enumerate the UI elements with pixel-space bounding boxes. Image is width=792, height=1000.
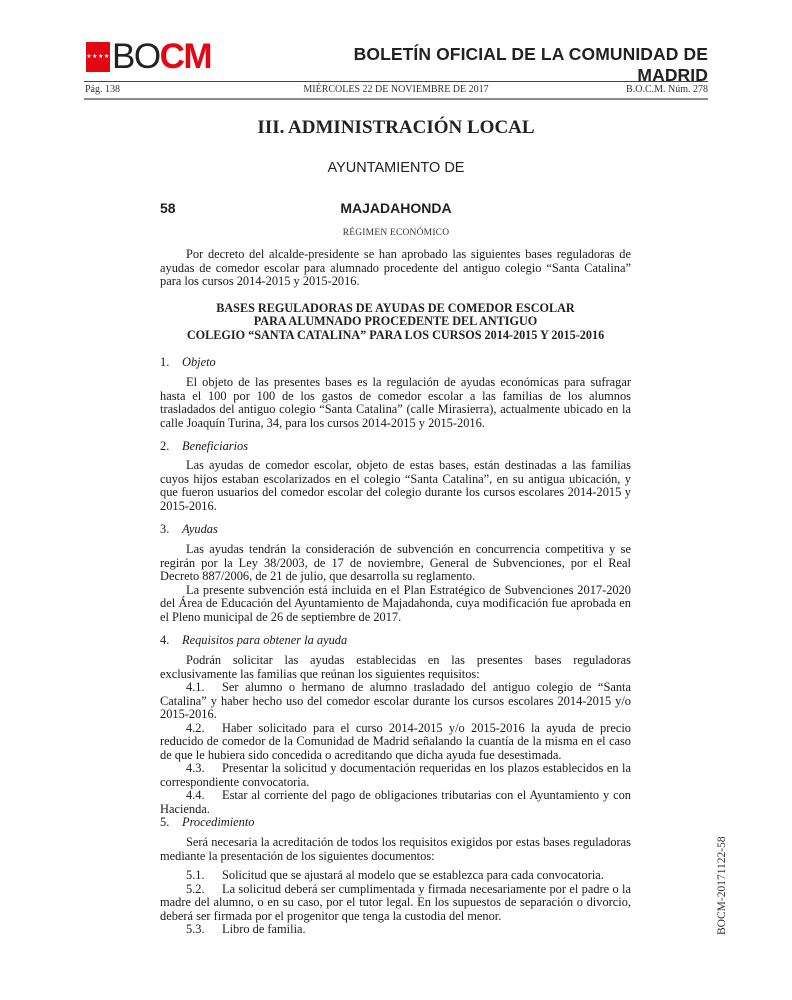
section-3-body: Las ayudas tendrán la consideración de s… <box>160 543 631 624</box>
section-1-body: El objeto de las presentes bases es la r… <box>160 376 631 430</box>
header-rule-bottom <box>84 98 708 100</box>
issue-number: B.O.C.M. Núm. 278 <box>626 84 708 95</box>
logo-text-bo: BO <box>112 37 160 76</box>
madrid-flag-icon: ★★★★ <box>86 42 110 72</box>
bulletin-title: BOLETÍN OFICIAL DE LA COMUNIDAD DE MADRI… <box>300 44 708 86</box>
section-heading-2: 2.Beneficiarios <box>160 439 248 454</box>
requirement-item: 4.4.Estar al corriente del pago de oblig… <box>160 789 631 816</box>
document-side-identifier: BOCM-20171122-58 <box>716 825 728 935</box>
requirement-item: 4.3.Presentar la solicitud y documentaci… <box>160 762 631 789</box>
section-heading-5: 5.Procedimiento <box>160 815 255 830</box>
intro-paragraph-block: Por decreto del alcalde-presidente se ha… <box>160 248 631 289</box>
document-item: 5.1.Solicitud que se ajustará al modelo … <box>160 869 631 883</box>
header-rule-top <box>84 81 708 82</box>
entity-prefix: AYUNTAMIENTO DE <box>0 160 792 176</box>
bocm-logo: ★★★★ BOCM <box>86 42 211 72</box>
municipality-name: MAJADAHONDA <box>0 200 792 216</box>
intro-paragraph: Por decreto del alcalde-presidente se ha… <box>160 248 631 289</box>
document-page: ★★★★ BOCM BOLETÍN OFICIAL DE LA COMUNIDA… <box>0 0 792 1000</box>
section-heading-3: 3.Ayudas <box>160 522 218 537</box>
requirement-item: 4.1.Ser alumno o hermano de alumno trasl… <box>160 681 631 722</box>
document-item: 5.3.Libro de familia. <box>160 923 631 937</box>
section-5-body: Será necesaria la acreditación de todos … <box>160 836 631 937</box>
section-heading-4: 4.Requisitos para obtener la ayuda <box>160 633 347 648</box>
subject-heading: RÉGIMEN ECONÓMICO <box>0 228 792 238</box>
requirement-item: 4.2.Haber solicitado para el curso 2014-… <box>160 722 631 763</box>
section-4-body: Podrán solicitar las ayudas establecidas… <box>160 654 631 816</box>
section-2-body: Las ayudas de comedor escolar, objeto de… <box>160 459 631 513</box>
document-item: 5.2.La solicitud deberá ser cumplimentad… <box>160 883 631 924</box>
section-heading-1: 1.Objeto <box>160 355 216 370</box>
logo-text-cm: CM <box>160 37 211 76</box>
section-title: III. ADMINISTRACIÓN LOCAL <box>0 117 792 139</box>
bases-title: BASES REGULADORAS DE AYUDAS DE COMEDOR E… <box>160 302 631 342</box>
